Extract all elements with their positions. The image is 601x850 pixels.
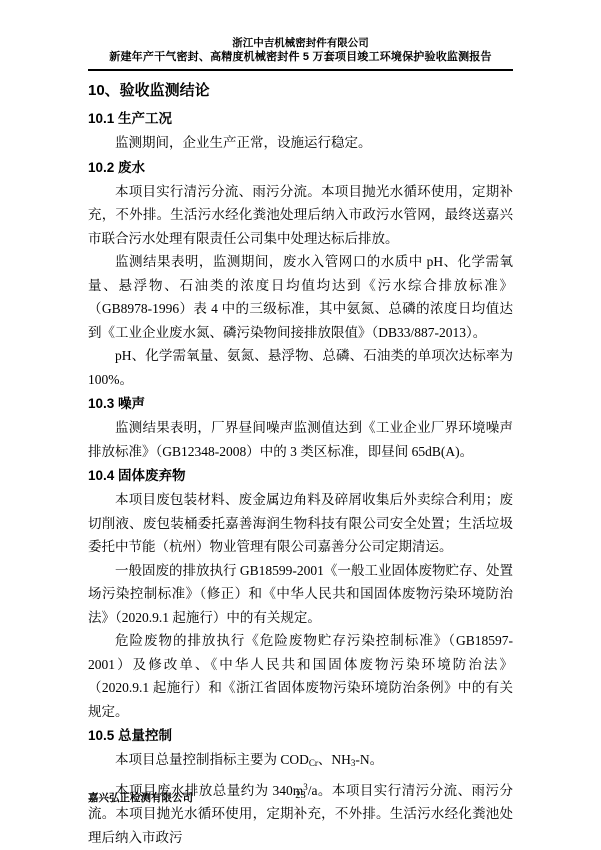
paragraph: 本项目总量控制指标主要为 CODCr、NH3-N。 [88, 748, 513, 776]
section-title: 10.1 生产工况 [88, 106, 513, 131]
page-number: 23 [88, 790, 513, 801]
header-report-title: 新建年产干气密封、高精度机械密封件 5 万套项目竣工环境保护验收监测报告 [88, 50, 513, 65]
page-footer: 嘉兴弘正检测有限公司 23 [88, 790, 513, 804]
header-company-name: 浙江中吉机械密封件有限公司 [88, 36, 513, 50]
paragraph: 本项目实行清污分流、雨污分流。本项目抛光水循环使用，定期补充，不外排。生活污水经… [88, 180, 513, 251]
paragraph: 监测期间，企业生产正常，设施运行稳定。 [88, 131, 513, 155]
section-production-status: 10.1 生产工况 监测期间，企业生产正常，设施运行稳定。 [88, 106, 513, 155]
text-run: 、NH [318, 752, 351, 767]
section-title: 10.4 固体废弃物 [88, 463, 513, 488]
subscript-run: Cr [309, 758, 318, 768]
section-wastewater: 10.2 废水 本项目实行清污分流、雨污分流。本项目抛光水循环使用，定期补充，不… [88, 155, 513, 392]
section-title: 10.3 噪声 [88, 391, 513, 416]
paragraph: 监测结果表明，监测期间，废水入管网口的水质中 pH、化学需氧量、悬浮物、石油类的… [88, 250, 513, 344]
section-solid-waste: 10.4 固体废弃物 本项目废包装材料、废金属边角料及碎屑收集后外卖综合利用；废… [88, 463, 513, 723]
document-page: 浙江中吉机械密封件有限公司 新建年产干气密封、高精度机械密封件 5 万套项目竣工… [0, 0, 601, 850]
section-total-amount-control: 10.5 总量控制 本项目总量控制指标主要为 CODCr、NH3-N。 本项目废… [88, 723, 513, 849]
paragraph: 一般固废的排放执行 GB18599-2001《一般工业固体废物贮存、处置场污染控… [88, 559, 513, 630]
section-title: 10.5 总量控制 [88, 723, 513, 748]
document-body: 10、验收监测结论 10.1 生产工况 监测期间，企业生产正常，设施运行稳定。 … [88, 76, 513, 849]
paragraph: 危险废物的排放执行《危险废物贮存污染控制标准》（GB18597-2001）及修改… [88, 629, 513, 723]
paragraph: 本项目废包装材料、废金属边角料及碎屑收集后外卖综合利用；废切削液、废包装桶委托嘉… [88, 488, 513, 559]
text-run: 本项目总量控制指标主要为 COD [115, 752, 309, 767]
paragraph: 监测结果表明，厂界昼间噪声监测值达到《工业企业厂界环境噪声排放标准》（GB123… [88, 416, 513, 463]
section-noise: 10.3 噪声 监测结果表明，厂界昼间噪声监测值达到《工业企业厂界环境噪声排放标… [88, 391, 513, 463]
chapter-title: 10、验收监测结论 [88, 78, 513, 104]
paragraph: pH、化学需氧量、氨氮、悬浮物、总磷、石油类的单项次达标率为 100%。 [88, 344, 513, 391]
text-run: -N。 [355, 752, 383, 767]
paragraph: 本项目废水排放总量约为 340m3/a。本项目实行清污分流、雨污分流。本项目抛光… [88, 776, 513, 850]
report-header: 浙江中吉机械密封件有限公司 新建年产干气密封、高精度机械密封件 5 万套项目竣工… [88, 36, 513, 71]
section-title: 10.2 废水 [88, 155, 513, 180]
